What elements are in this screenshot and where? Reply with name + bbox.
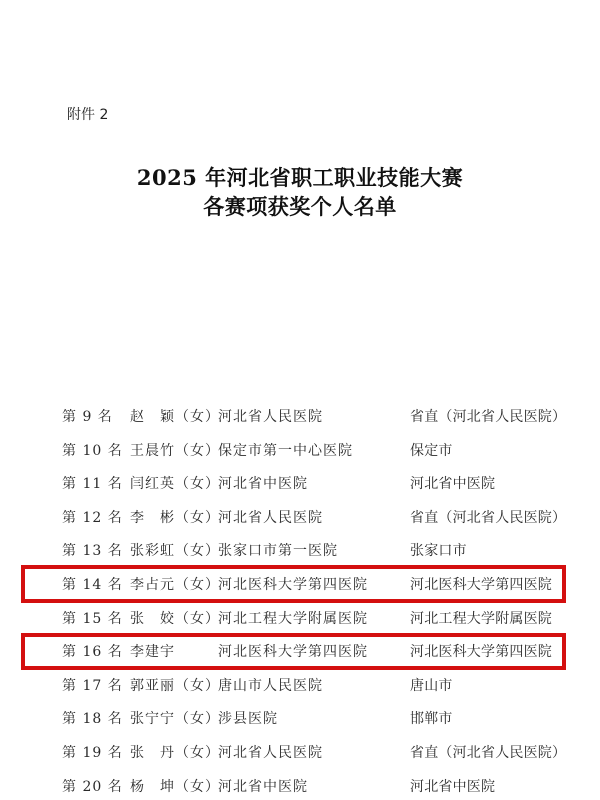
list-row: 第 10 名 王晨竹（女） 保定市第一中心医院 保定市 xyxy=(0,432,600,466)
organization: 唐山市人民医院 xyxy=(218,675,323,695)
rank: 第 20 名 xyxy=(62,776,123,796)
region: 张家口市 xyxy=(410,540,467,560)
list-row-highlighted: 第 16 名 李建宇 河北医科大学第四医院 河北医科大学第四医院 xyxy=(0,633,600,667)
list-row: 第 20 名 杨 坤（女） 河北省中医院 河北省中医院 xyxy=(0,768,600,800)
region: 河北省中医院 xyxy=(410,473,495,493)
list-row: 第 18 名 张宁宁（女） 涉县医院 邯郸市 xyxy=(0,700,600,734)
rank: 第 16 名 xyxy=(62,641,123,661)
organization: 河北省人民医院 xyxy=(218,742,323,762)
list-row-highlighted: 第 14 名 李占元（女） 河北医科大学第四医院 河北医科大学第四医院 xyxy=(0,566,600,600)
list-row: 第 17 名 郭亚丽（女） 唐山市人民医院 唐山市 xyxy=(0,667,600,701)
rank: 第 11 名 xyxy=(62,473,123,493)
region: 邯郸市 xyxy=(410,708,453,728)
rank: 第 15 名 xyxy=(62,608,123,628)
list-row: 第 9 名 赵 颖（女） 河北省人民医院 省直（河北省人民医院） xyxy=(0,398,600,432)
rank: 第 10 名 xyxy=(62,440,123,460)
region: 唐山市 xyxy=(410,675,453,695)
rank: 第 13 名 xyxy=(62,540,123,560)
region: 保定市 xyxy=(410,440,453,460)
organization: 河北省中医院 xyxy=(218,776,308,796)
list-row: 第 13 名 张彩虹（女） 张家口市第一医院 张家口市 xyxy=(0,532,600,566)
awardee-name: 赵 颖（女） xyxy=(130,406,220,426)
region: 河北医科大学第四医院 xyxy=(410,641,552,661)
document-title: 2025 年河北省职工职业技能大赛 各赛项获奖个人名单 xyxy=(0,163,600,221)
title-line-2: 各赛项获奖个人名单 xyxy=(0,192,600,221)
list-row: 第 11 名 闫红英（女） 河北省中医院 河北省中医院 xyxy=(0,465,600,499)
organization: 河北工程大学附属医院 xyxy=(218,608,368,628)
rank: 第 9 名 xyxy=(62,406,113,426)
awardee-name: 张彩虹（女） xyxy=(130,540,220,560)
awardee-name: 张 姣（女） xyxy=(130,608,220,628)
awardee-name: 郭亚丽（女） xyxy=(130,675,220,695)
awardee-name: 闫红英（女） xyxy=(130,473,220,493)
list-row: 第 19 名 张 丹（女） 河北省人民医院 省直（河北省人民医院） xyxy=(0,734,600,768)
organization: 河北省中医院 xyxy=(218,473,308,493)
attachment-label: 附件 2 xyxy=(67,104,108,124)
region: 河北工程大学附属医院 xyxy=(410,608,552,628)
region: 省直（河北省人民医院） xyxy=(410,406,566,426)
rank: 第 18 名 xyxy=(62,708,123,728)
organization: 河北省人民医院 xyxy=(218,406,323,426)
region: 省直（河北省人民医院） xyxy=(410,507,566,527)
title-line-1: 2025 年河北省职工职业技能大赛 xyxy=(0,163,600,192)
awardee-name: 杨 坤（女） xyxy=(130,776,220,796)
awardee-name: 李 彬（女） xyxy=(130,507,220,527)
awardee-name: 张 丹（女） xyxy=(130,742,220,762)
list-row: 第 12 名 李 彬（女） 河北省人民医院 省直（河北省人民医院） xyxy=(0,499,600,533)
awardee-name: 张宁宁（女） xyxy=(130,708,220,728)
list-row: 第 15 名 张 姣（女） 河北工程大学附属医院 河北工程大学附属医院 xyxy=(0,600,600,634)
rank: 第 17 名 xyxy=(62,675,123,695)
region: 省直（河北省人民医院） xyxy=(410,742,566,762)
region: 河北省中医院 xyxy=(410,776,495,796)
awardee-list: 第 9 名 赵 颖（女） 河北省人民医院 省直（河北省人民医院） 第 10 名 … xyxy=(0,398,600,800)
organization: 张家口市第一医院 xyxy=(218,540,338,560)
rank: 第 19 名 xyxy=(62,742,123,762)
organization: 河北省人民医院 xyxy=(218,507,323,527)
awardee-name: 李占元（女） xyxy=(130,574,220,594)
organization: 河北医科大学第四医院 xyxy=(218,574,368,594)
rank: 第 14 名 xyxy=(62,574,123,594)
organization: 河北医科大学第四医院 xyxy=(218,641,368,661)
awardee-name: 王晨竹（女） xyxy=(130,440,220,460)
awardee-name: 李建宇 xyxy=(130,641,175,661)
rank: 第 12 名 xyxy=(62,507,123,527)
organization: 保定市第一中心医院 xyxy=(218,440,353,460)
organization: 涉县医院 xyxy=(218,708,278,728)
region: 河北医科大学第四医院 xyxy=(410,574,552,594)
